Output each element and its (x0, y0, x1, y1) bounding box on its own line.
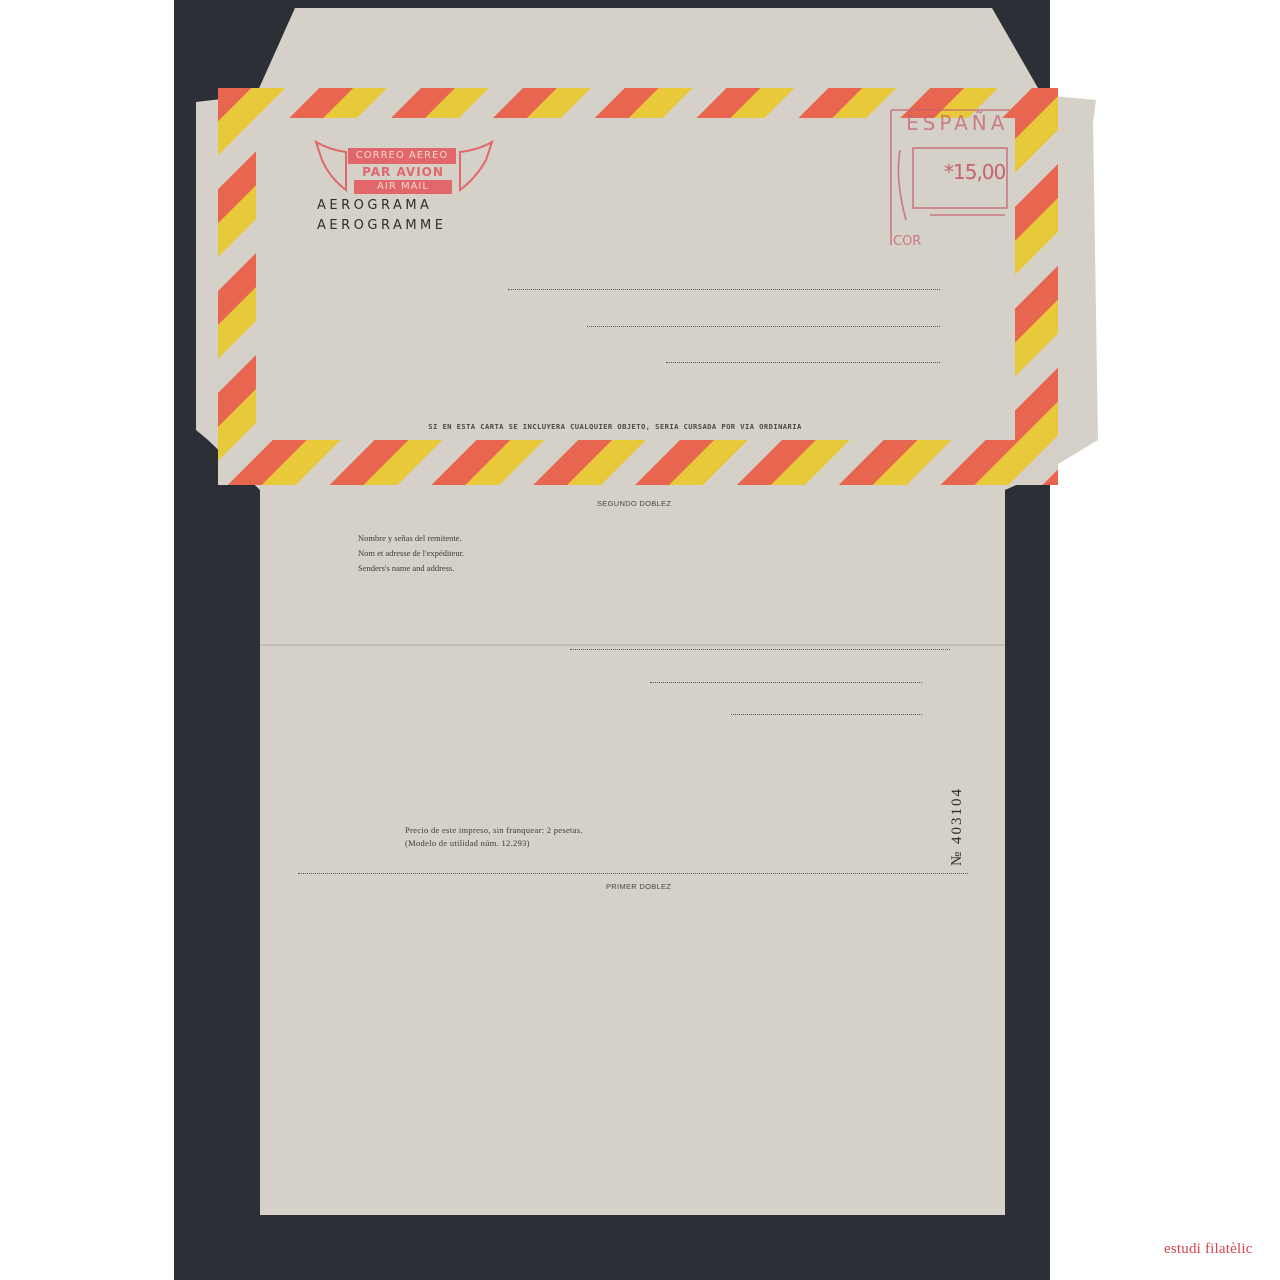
watermark: estudi filatèlic (1164, 1241, 1253, 1258)
sender-label-es: Nombre y señas del remitente. (358, 531, 464, 546)
meter-value: *15,00 (944, 160, 1005, 184)
sender-label-fr: Nom et adresse de l'expéditeur. (358, 546, 464, 561)
warning-text: SI EN ESTA CARTA SE INCLUYERA CUALQUIER … (390, 422, 840, 431)
price-note-line2: (Modelo de utilidad núm. 12.293) (405, 837, 583, 850)
airmail-label-line2: PAR AVION (356, 164, 450, 180)
airmail-label-line3: AIR MAIL (354, 180, 452, 194)
meter-country: ESPAÑA (906, 110, 1006, 130)
inner-address-line-2 (650, 682, 922, 683)
sender-block: Nombre y señas del remitente. Nom et adr… (358, 531, 464, 576)
inner-address-line-1 (570, 649, 950, 650)
price-note: Precio de este impreso, sin franquear: 2… (405, 824, 583, 850)
airmail-label-line1: CORREO AEREO (348, 148, 456, 164)
sender-label-en: Senders's name and address. (358, 561, 464, 576)
serial-number: № 403104 (949, 726, 969, 866)
first-fold-line (298, 873, 968, 874)
address-line-3 (666, 362, 940, 363)
aerogram-sheet (0, 0, 1280, 1280)
title-french: AEROGRAMME (317, 218, 447, 233)
address-line-1 (508, 289, 940, 290)
inner-address-line-3 (731, 714, 922, 715)
meter-bottom-text: COR (893, 234, 921, 249)
second-fold-label: SEGUNDO DOBLEZ (597, 499, 671, 508)
title-spanish: AEROGRAMA (317, 198, 432, 213)
first-fold-label: PRIMER DOBLEZ (606, 882, 671, 891)
address-line-2 (587, 326, 940, 327)
price-note-line1: Precio de este impreso, sin franquear: 2… (405, 824, 583, 837)
